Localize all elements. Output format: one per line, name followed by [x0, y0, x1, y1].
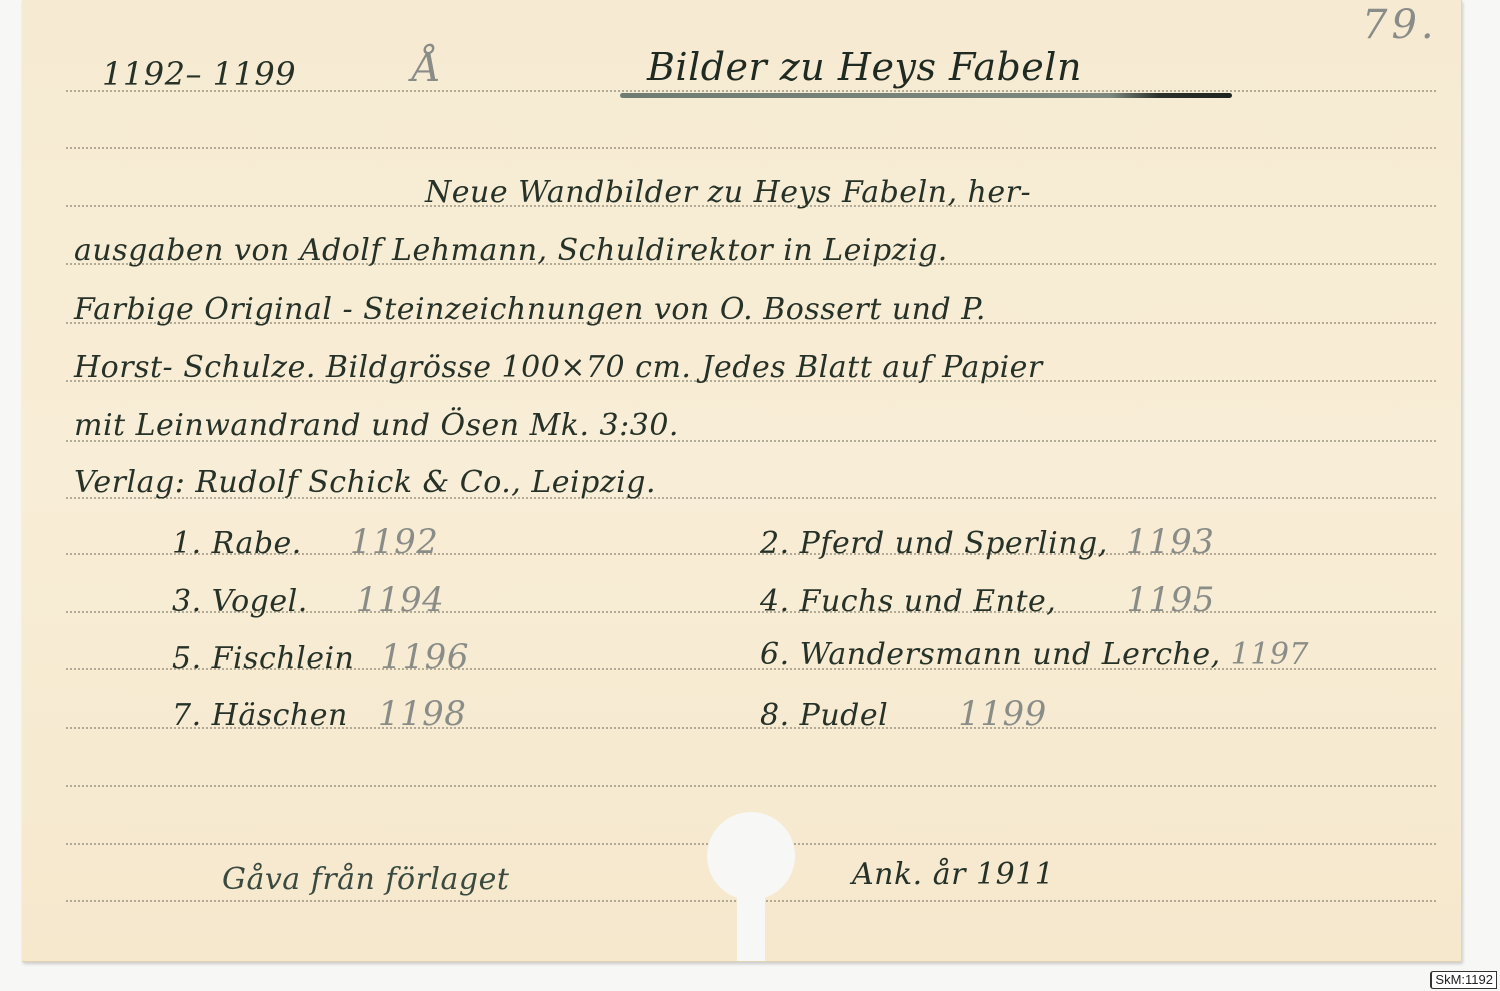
- page-number: 79.: [1362, 2, 1438, 48]
- item-catalog-number: 1196: [380, 637, 469, 677]
- item-title: Wandersmann und Lerche,: [800, 637, 1221, 672]
- list-item: 2. Pferd und Sperling, 1193: [760, 522, 1214, 562]
- list-item: 3. Vogel. 1194: [172, 580, 444, 620]
- card-title: Bilder zu Heys Fabeln: [647, 45, 1082, 89]
- item-catalog-number: 1192: [350, 522, 439, 562]
- body-line: Verlag: Rudolf Schick & Co., Leipzig.: [74, 465, 656, 500]
- list-item: 1. Rabe. 1192: [172, 522, 438, 562]
- item-title: Vogel.: [212, 584, 308, 619]
- item-catalog-number: 1194: [356, 580, 445, 620]
- item-number: 7.: [172, 698, 202, 733]
- item-number: 6.: [760, 637, 790, 672]
- item-title: Pferd und Sperling,: [800, 526, 1108, 561]
- punch-slot: [737, 880, 765, 962]
- list-item: 6. Wandersmann und Lerche, 1197: [760, 637, 1309, 672]
- item-number: 8.: [760, 698, 790, 733]
- collection-id-stamp: SkM:1192: [1430, 971, 1497, 989]
- footer-provenance: Gåva från förlaget: [222, 862, 509, 897]
- body-line: ausgaben von Adolf Lehmann, Schuldirekto…: [74, 233, 948, 268]
- item-title: Fischlein: [212, 641, 355, 676]
- index-letter: Å: [412, 45, 441, 91]
- body-line: Neue Wandbilder zu Heys Fabeln, her-: [425, 175, 1031, 210]
- item-title: Häschen: [212, 698, 348, 733]
- item-title: Fuchs und Ente,: [800, 584, 1057, 619]
- item-catalog-number: 1198: [378, 694, 467, 734]
- item-catalog-number: 1197: [1231, 637, 1309, 672]
- list-item: 7. Häschen 1198: [172, 694, 466, 734]
- catalog-card: 1192– 1199 Å Bilder zu Heys Fabeln 79. N…: [22, 0, 1462, 962]
- ruled-line: [66, 785, 1436, 787]
- item-number: 4.: [760, 584, 790, 619]
- item-catalog-number: 1199: [958, 694, 1047, 734]
- number-range: 1192– 1199: [102, 55, 296, 93]
- item-catalog-number: 1195: [1126, 580, 1215, 620]
- item-number: 1.: [172, 526, 202, 561]
- item-title: Rabe.: [212, 526, 302, 561]
- list-item: 5. Fischlein 1196: [172, 637, 469, 677]
- item-number: 2.: [760, 526, 790, 561]
- list-item: 8. Pudel 1199: [760, 694, 1047, 734]
- footer-accession: Ank. år 1911: [852, 857, 1054, 892]
- item-number: 5.: [172, 641, 202, 676]
- item-catalog-number: 1193: [1126, 522, 1215, 562]
- item-number: 3.: [172, 584, 202, 619]
- list-item: 4. Fuchs und Ente, 1195: [760, 580, 1215, 620]
- body-line: Farbige Original - Steinzeichnungen von …: [74, 292, 986, 327]
- ruled-line: [66, 147, 1436, 149]
- title-underline: [620, 93, 1232, 98]
- item-title: Pudel: [800, 698, 889, 733]
- body-line: Horst- Schulze. Bildgrösse 100×70 cm. Je…: [74, 350, 1043, 385]
- body-line: mit Leinwandrand und Ösen Mk. 3:30.: [74, 408, 679, 443]
